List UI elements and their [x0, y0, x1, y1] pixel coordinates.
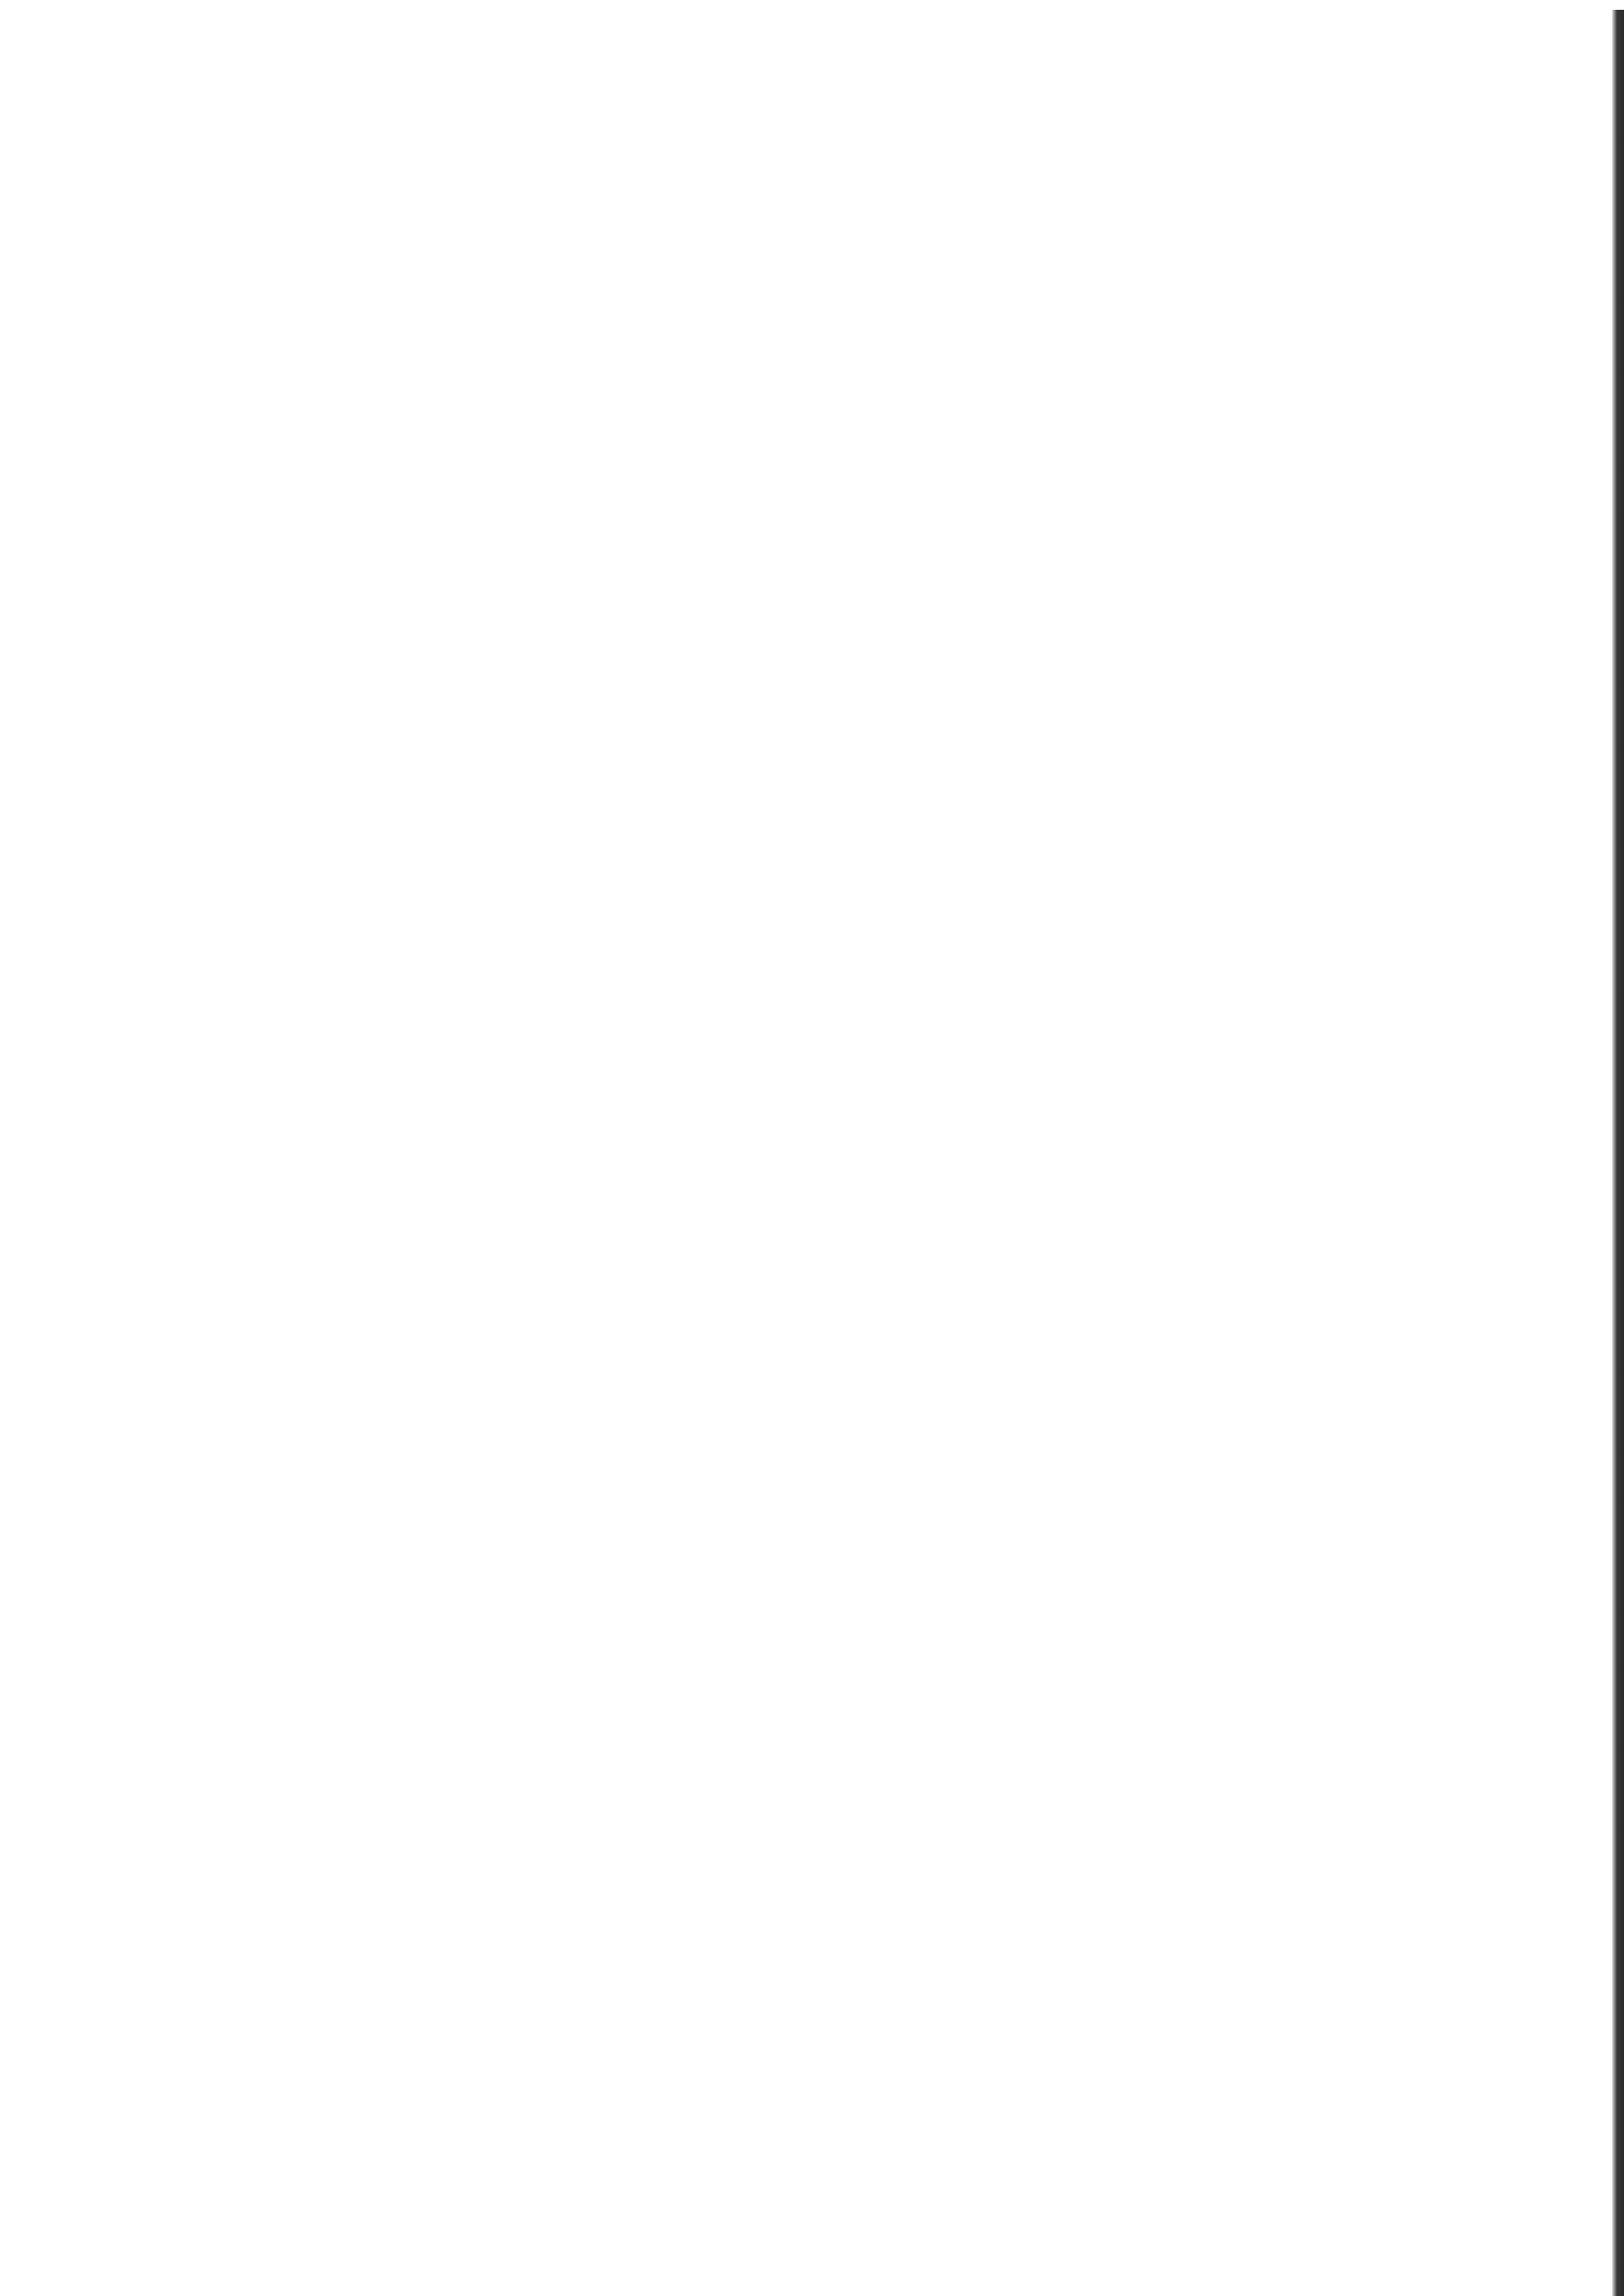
scan-edge-shadow: [1612, 10, 1624, 2296]
